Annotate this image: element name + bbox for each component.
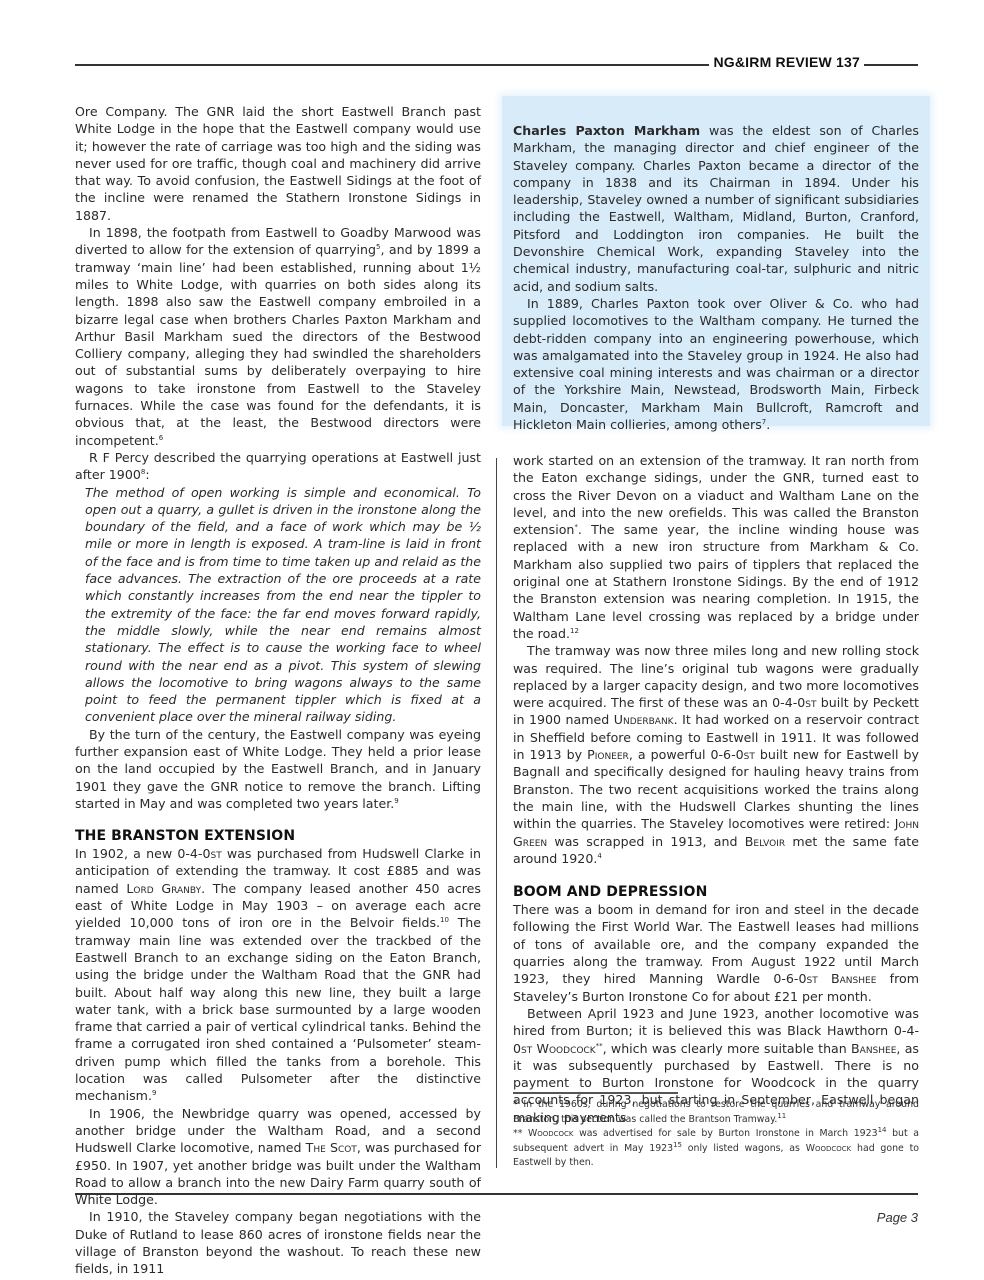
footnotes: * In the 1960s, during negotiations to r… (513, 1098, 919, 1171)
publication-title: NG&IRM REVIEW 137 (709, 54, 864, 70)
column-divider (496, 458, 497, 1168)
paragraph: In 1898, the footpath from Eastwell to G… (75, 224, 481, 449)
paragraph: By the turn of the century, the Eastwell… (75, 726, 481, 812)
paragraph: R F Percy described the quarrying operat… (75, 449, 481, 484)
footer-rule (75, 1193, 918, 1195)
footnote-ref: 12 (570, 627, 579, 635)
footnote-ref: 9 (394, 797, 398, 805)
footnote: ** Woodcock was advertised for sale by B… (513, 1127, 919, 1171)
footnote: * In the 1960s, during negotiations to r… (513, 1098, 919, 1127)
paragraph: There was a boom in demand for iron and … (513, 901, 919, 1005)
biography-sidebar-box: Charles Paxton Markham was the eldest so… (502, 96, 930, 426)
footnote-ref: 4 (597, 852, 601, 860)
locomotive-name: The Scot (306, 1140, 357, 1155)
locomotive-name: Lord Granby (126, 881, 201, 896)
left-column: Ore Company. The GNR laid the short East… (75, 103, 481, 1278)
locomotive-name: Banshee (851, 1041, 896, 1056)
paragraph: In 1902, a new 0-4-0st was purchased fro… (75, 845, 481, 1104)
locomotive-name: Belvoir (745, 834, 785, 849)
footnote-ref: 9 (152, 1089, 156, 1097)
locomotive-name: Underbank (614, 712, 674, 727)
paragraph: Ore Company. The GNR laid the short East… (75, 103, 481, 224)
section-heading-branston-extension: THE BRANSTON EXTENSION (75, 827, 481, 845)
sidebar-paragraph: In 1889, Charles Paxton took over Oliver… (513, 295, 919, 433)
footnote-ref: 10 (440, 916, 449, 924)
sidebar-name: Charles Paxton Markham (513, 123, 700, 138)
locomotive-name: Woodcock (537, 1041, 596, 1056)
right-column: work started on an extension of the tram… (513, 452, 919, 1126)
locomotive-name: Pioneer (587, 747, 629, 762)
block-quote: The method of open working is simple and… (75, 484, 481, 726)
sidebar-paragraph: Charles Paxton Markham was the eldest so… (513, 122, 919, 295)
paragraph: In 1910, the Staveley company began nego… (75, 1208, 481, 1277)
running-header: NG&IRM REVIEW 137 (75, 54, 918, 74)
locomotive-name: Banshee (831, 971, 876, 986)
section-heading-boom-and-depression: BOOM AND DEPRESSION (513, 883, 919, 901)
footnote-rule (513, 1092, 678, 1094)
page-number: Page 3 (877, 1210, 918, 1225)
paragraph: The tramway was now three miles long and… (513, 642, 919, 867)
footnote-ref: ** (596, 1041, 603, 1049)
footnote-ref: 6 (159, 433, 163, 441)
paragraph: work started on an extension of the tram… (513, 452, 919, 642)
